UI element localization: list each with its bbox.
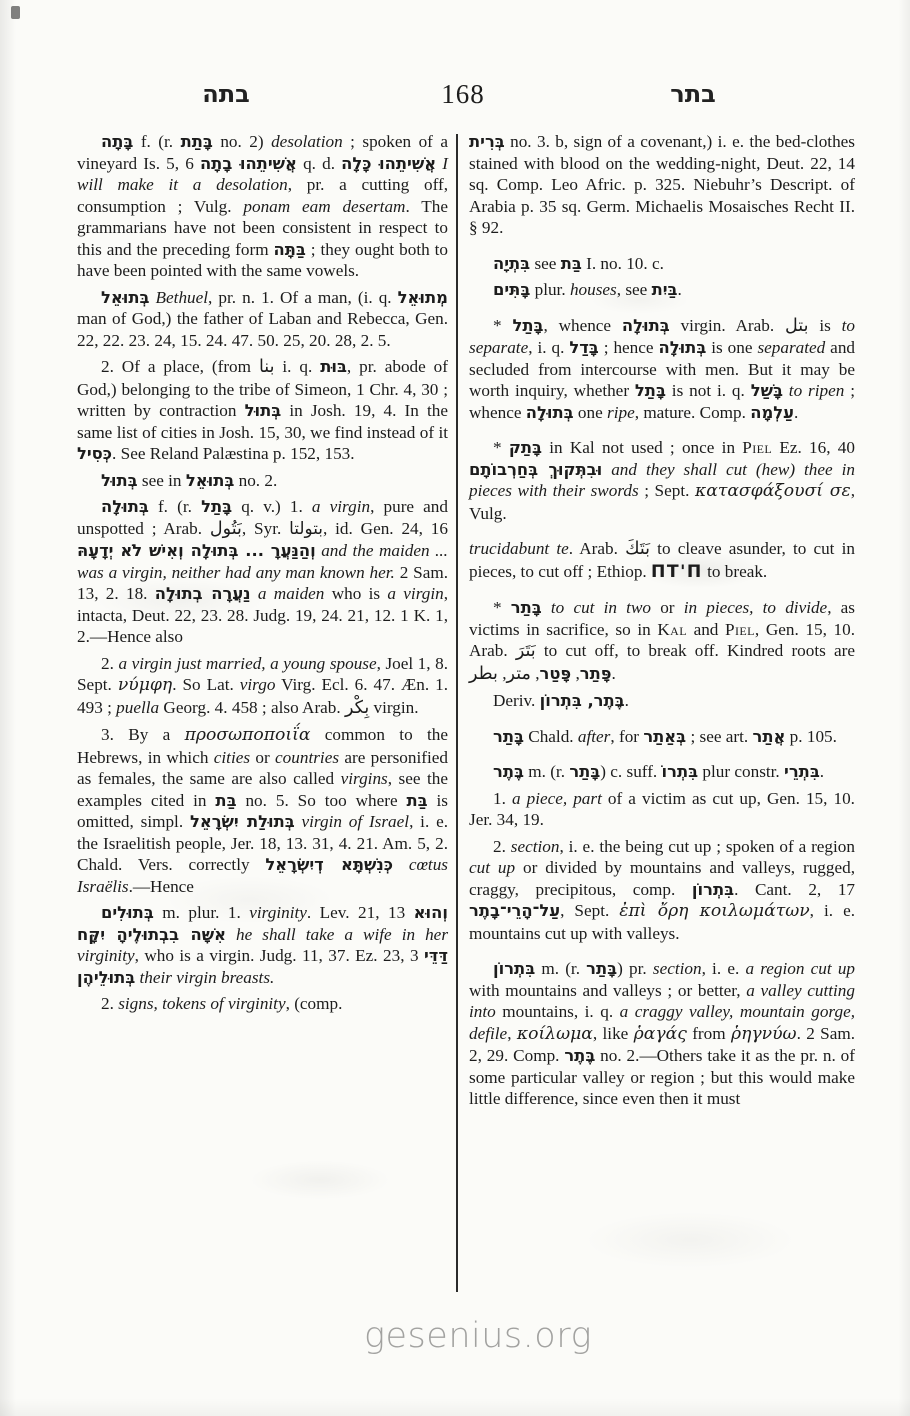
text-segment-r: or	[250, 748, 275, 767]
text-segment-i: in pieces, to divide	[684, 598, 828, 617]
text-segment-r: .—Hence	[129, 877, 194, 896]
text-segment-r: 2. Of a place, (from	[101, 357, 259, 376]
text-segment-sc: Piel	[725, 620, 755, 639]
text-segment-r: 2.	[101, 994, 118, 1013]
text-segment-r: m. plur. 1.	[154, 903, 250, 922]
entry-bathal: * בָּתַל, whence בְּתוּלָה virgin. Arab.…	[469, 315, 855, 424]
text-segment-i: cities	[214, 748, 250, 767]
text-segment-h: בַּת	[407, 791, 428, 810]
text-segment-r: is one	[706, 338, 757, 357]
text-segment-r: ; see art.	[686, 727, 752, 746]
scanned-lexicon-page: בתה 168 בתר בָּתָה f. (r. בָּתַת no. 2) …	[0, 0, 910, 1416]
text-segment-i: houses	[570, 280, 617, 299]
text-segment-h: בִּתְרוֹן	[692, 880, 734, 899]
text-segment-r: , pr. n. 1. Of a man, (i. q.	[208, 288, 398, 307]
text-segment-g: ῥαγάς	[634, 1024, 687, 1044]
text-segment-r: ,	[507, 1024, 517, 1043]
text-segment-h: בְּתוּלִים	[101, 903, 154, 922]
text-segment-h: בָּתַק	[509, 438, 542, 457]
text-segment-r: , for	[610, 727, 643, 746]
text-segment-h: בַּיִת	[652, 280, 678, 299]
column-divider	[456, 134, 458, 1292]
text-segment-r: ,	[498, 664, 507, 683]
text-segment-a: بطر	[469, 664, 498, 684]
text-segment-r: 2.	[101, 654, 118, 673]
text-segment-h: בְּתוּאֵל	[186, 471, 234, 490]
text-segment-r: no. 2.	[234, 471, 277, 490]
text-segment-i: virgin of Israel	[295, 812, 409, 831]
text-segment-r: mountains, i. q.	[496, 1002, 620, 1021]
text-segment-r: , who is a virgin. Judg. 11, 37. Ez. 23,…	[135, 946, 424, 965]
watermark: gesenius.org	[364, 1316, 592, 1356]
text-segment-i: signs, tokens of virginity	[118, 994, 285, 1013]
text-segment-h: בֶּתֶר, בִּתְרוֹן	[540, 691, 625, 710]
text-segment-r: , mature. Comp.	[635, 403, 751, 422]
text-segment-r: plur.	[530, 280, 570, 299]
text-segment-g: νύμφη	[118, 675, 172, 695]
text-segment-r: ) c. suff.	[600, 762, 661, 781]
text-segment-r: ; hence	[599, 338, 659, 357]
text-segment-i: their virgin breasts.	[135, 968, 274, 987]
text-segment-h: אֲתַר	[753, 727, 786, 746]
entry-bethuel-2: 2. Of a place, (from بنا i. q. בּוּת, pr…	[77, 356, 448, 465]
text-segment-i: a piece, part	[512, 789, 602, 808]
text-segment-r: who is	[324, 584, 387, 603]
text-segment-r: ; Sept.	[639, 481, 695, 500]
text-segment-r: in Kal not used ; once in	[542, 438, 742, 457]
text-segment-r: .	[820, 762, 824, 781]
text-segment-i: countries	[275, 748, 339, 767]
text-segment-r: q. d.	[297, 154, 341, 173]
text-segment-i: separated	[757, 338, 825, 357]
text-segment-r: is not i. q.	[666, 381, 751, 400]
text-segment-a: بَتَرَ	[516, 641, 536, 661]
text-segment-r: , (comp.	[286, 994, 343, 1013]
column-right: בְּרִית no. 3. b, sign of a covenant,) i…	[469, 131, 855, 1115]
page-number: 168	[403, 79, 523, 110]
text-segment-r: Deriv.	[493, 691, 540, 710]
entry-bathah: בָּתָה f. (r. בָּתַת no. 2) desolation ;…	[77, 131, 448, 282]
text-segment-h: בָּתַל	[635, 381, 666, 400]
text-segment-r: *	[493, 598, 511, 617]
text-segment-r: . Arab.	[569, 539, 625, 558]
text-segment-i: section	[511, 837, 560, 856]
text-segment-s: بتولتا	[289, 518, 323, 538]
text-segment-r: , i. e.	[702, 959, 746, 978]
text-segment-h: בָּשַׁל	[751, 381, 783, 400]
text-segment-g: κοίλωμα	[517, 1024, 593, 1044]
text-segment-a: بتل	[785, 316, 808, 336]
text-segment-h: בָּתַר	[511, 598, 542, 617]
text-segment-h: בָּתָה	[101, 132, 133, 151]
text-segment-r: to cut off, to break off. Kindred roots …	[536, 641, 855, 660]
text-segment-r: . So Lat.	[172, 675, 240, 694]
entry-battim: בָּתִּים plur. houses, see בַּיִת.	[469, 279, 855, 301]
text-segment-h: בְּרִית	[469, 132, 505, 151]
text-segment-a: بَتُول	[210, 519, 242, 539]
text-segment-a: بنا	[259, 357, 275, 377]
text-segment-sc: Kal	[657, 620, 687, 639]
text-segment-a: بَتَكَ	[625, 539, 650, 559]
catchword-left: בתה	[166, 80, 286, 108]
text-segment-h: בְּתוּאֵל	[101, 288, 149, 307]
text-segment-r: plur constr.	[698, 762, 784, 781]
entry-bithron: בִּתְרוֹן m. (r. בָּתַר) pr. section, i.…	[469, 958, 855, 1110]
text-segment-r: 1.	[493, 789, 512, 808]
text-segment-h: בּוּת	[320, 357, 347, 376]
text-segment-i: after	[578, 727, 610, 746]
text-segment-i: a maiden	[251, 584, 325, 603]
text-segment-i: desolation	[271, 132, 343, 151]
text-segment-h: בְּאַתַר	[643, 727, 686, 746]
text-segment-h: בְּתוּלַת יִשְׂרָאֵל	[190, 812, 295, 831]
text-segment-r: f. (r.	[149, 497, 201, 516]
text-segment-h: בָּדַל	[569, 338, 598, 357]
text-segment-h: עַלְמָה	[750, 403, 794, 422]
text-segment-h: נַעֲרָה בְתוּלָה	[155, 584, 251, 603]
text-segment-g: ἐπὶ ὄρη κοιλωμάτων	[619, 901, 809, 921]
text-segment-r: . Cant. 2, 17	[734, 880, 855, 899]
text-segment-r: 3. By a	[101, 725, 185, 744]
text-segment-r: see	[530, 254, 561, 273]
text-segment-h: בָּתַל	[201, 497, 232, 516]
text-segment-i: to cut in two	[542, 598, 651, 617]
entry-bethulim-cont: בְּרִית no. 3. b, sign of a covenant,) i…	[469, 131, 855, 239]
text-segment-h: פָּתַר	[580, 664, 612, 683]
text-segment-r: no. 2)	[213, 132, 271, 151]
text-segment-r: one	[574, 403, 607, 422]
text-segment-r: no. 5. So too where	[237, 791, 407, 810]
text-segment-r: Chald.	[524, 727, 578, 746]
text-segment-r: from	[687, 1024, 731, 1043]
text-segment-i: a virgin	[387, 584, 443, 603]
text-segment-h: בַּתָּה	[274, 240, 306, 259]
text-segment-i: ponam eam desertam	[243, 197, 405, 216]
text-segment-h: בִּתְרוֹ	[662, 762, 699, 781]
text-segment-g: κατασφάξουσί σε	[695, 481, 851, 501]
text-segment-r: ,	[571, 664, 580, 683]
text-segment-h: כְּנִשְׁתָּא דְיִשְׂרָאֵל	[265, 855, 393, 874]
text-segment-r: , Syr.	[242, 519, 289, 538]
entry-bethulah-3: 3. By a προσωποποιΐα common to the Hebre…	[77, 724, 448, 897]
text-segment-h: בָּתַר	[493, 727, 524, 746]
text-segment-r: .	[611, 664, 615, 683]
entry-bethul-ref: בְּתוּל see in בְּתוּאֵל no. 2.	[77, 470, 448, 492]
entry-bethulah-1: בְּתוּלָה f. (r. בָּתַל q. v.) 1. a virg…	[77, 496, 448, 648]
text-segment-g: προσωποποιΐα	[185, 725, 311, 745]
text-segment-h: אֲשִׁיתֵהוּ כָּלָה	[341, 154, 436, 173]
text-segment-i: virgo	[240, 675, 276, 694]
text-segment-r: m. (r.	[535, 959, 586, 978]
text-segment-a: بِكْر	[345, 698, 369, 718]
text-segment-r: , id. Gen. 24, 16	[323, 519, 448, 538]
text-segment-r: I. no. 10. c.	[582, 254, 664, 273]
text-segment-h: וְהַנַּעֲרָ ... בְּתוּלָה וְאִישׁ לֹא יְ…	[77, 541, 316, 560]
text-segment-g: ῥηγνύω	[731, 1024, 797, 1044]
text-segment-h: בָּתַל	[512, 316, 543, 335]
text-segment-i: to ripen	[783, 381, 844, 400]
text-segment-h: בִּתְרוֹן	[493, 959, 535, 978]
text-segment-i: a virgin just married, a young spouse	[118, 654, 376, 673]
text-segment-r: . See Reland Palæstina p. 152, 153.	[112, 444, 355, 463]
text-segment-r: . Lev. 21, 13	[307, 903, 414, 922]
text-segment-r: no. 3. b, sign of a covenant,) i. e. the…	[469, 132, 855, 237]
text-segment-r: f. (r.	[133, 132, 180, 151]
text-segment-r: 2.	[493, 837, 511, 856]
text-segment-h: בְּתוּל	[245, 401, 282, 420]
text-segment-r: .	[625, 691, 629, 710]
text-segment-r: Ez. 16, 40	[772, 438, 855, 457]
text-segment-r: *	[493, 438, 509, 457]
column-left: בָּתָה f. (r. בָּתַת no. 2) desolation ;…	[77, 131, 448, 1020]
text-segment-r: p. 105.	[785, 727, 837, 746]
text-segment-h: כְּסִיל	[77, 444, 112, 463]
text-segment-r: , see	[617, 280, 652, 299]
text-segment-r: .	[678, 280, 682, 299]
text-segment-r: Georg. 4. 458 ; also Arab.	[159, 698, 345, 717]
text-segment-r: q. v.) 1.	[232, 497, 312, 516]
entry-bathaq: * בָּתַק in Kal not used ; once in Piel …	[469, 437, 855, 524]
entry-bether-1: 1. a piece, part of a victim as cut up, …	[469, 788, 855, 831]
text-segment-r: man of God,) the father of Laban and Reb…	[77, 309, 448, 350]
text-segment-r: *	[493, 316, 512, 335]
catchword-right: בתר	[633, 80, 753, 108]
text-segment-h: בִּתְיָה	[493, 254, 530, 273]
entry-bathar-chald: בָּתַר Chald. after, for בְּאַתַר ; see …	[469, 726, 855, 748]
text-segment-r: ) pr.	[617, 959, 653, 978]
entry-bether-2: 2. section, i. e. the being cut up ; spo…	[469, 836, 855, 945]
entry-bithyah: בִּתְיָה see בַּת I. no. 10. c.	[469, 253, 855, 275]
text-segment-h: בְּתוּל	[101, 471, 138, 490]
text-segment-r: , whence	[543, 316, 621, 335]
text-segment-h: בָּתַת	[181, 132, 213, 151]
text-segment-r: virgin.	[369, 698, 418, 717]
entry-bathar-verb: * בָּתַר to cut in two or in pieces, to …	[469, 597, 855, 685]
text-segment-h: בֶּתֶר	[493, 762, 524, 781]
text-segment-r: with mountains and valleys ; or better,	[469, 981, 746, 1000]
text-segment-h: בִּתְרֵי	[784, 762, 820, 781]
text-segment-h: פָּטַר	[539, 664, 571, 683]
text-segment-h: בָּתִּים	[493, 280, 530, 299]
text-segment-i: Bethuel	[149, 288, 208, 307]
text-segment-i: a region cut up	[745, 959, 855, 978]
scan-speck	[11, 6, 20, 19]
text-segment-r: m. (r.	[524, 762, 569, 781]
text-segment-r: , like	[593, 1024, 634, 1043]
text-segment-h: מְתוּאֵל	[398, 288, 448, 307]
text-segment-r: , Sept.	[560, 901, 619, 920]
entry-bethulah-2: 2. a virgin just married, a young spouse…	[77, 653, 448, 720]
text-segment-a: متر	[507, 664, 531, 684]
text-segment-e: ΠΤ'Π	[651, 562, 703, 582]
text-segment-h: בְּתוּלָה	[622, 316, 670, 335]
entry-bethulim-1: בְּתוּלִים m. plur. 1. virginity. Lev. 2…	[77, 902, 448, 988]
entry-bethuel-1: בְּתוּאֵל Bethuel, pr. n. 1. Of a man, (…	[77, 287, 448, 352]
text-segment-h: בָּתַר	[586, 959, 617, 978]
text-segment-h: עַל־הָרֵי־בָתֶר	[469, 901, 560, 920]
text-segment-i: puella	[116, 698, 159, 717]
text-segment-h: בְּתוּלָה	[658, 338, 706, 357]
text-segment-i: virgins	[341, 769, 388, 788]
text-segment-r: see in	[138, 471, 186, 490]
text-segment-r: , i. e. the being cut up ; spoken of a r…	[559, 837, 855, 856]
text-segment-h: וּבִתְּקוּךְ בְּחַרְבוֹתָם	[469, 460, 602, 479]
text-segment-r: or	[651, 598, 684, 617]
text-segment-r: .	[794, 403, 798, 422]
text-segment-i: ripe	[607, 403, 635, 422]
entry-bethulim-2: 2. signs, tokens of virginity, (comp.	[77, 993, 448, 1015]
entry-bathar-deriv: Deriv. בֶּתֶר, בִּתְרוֹן.	[469, 690, 855, 712]
entry-bathaq-cont: trucidabunt te. Arab. بَتَكَ to cleave a…	[469, 538, 855, 583]
entry-bether: בֶּתֶר m. (r. בָּתַר) c. suff. בִּתְרוֹ …	[469, 761, 855, 783]
text-segment-r: , i. q.	[528, 338, 569, 357]
text-segment-r: and	[687, 620, 725, 639]
text-segment-i: virginity	[249, 903, 307, 922]
text-segment-h: בָּתַר	[569, 762, 600, 781]
text-segment-r: is	[808, 316, 841, 335]
text-segment-h: בַּת	[215, 791, 236, 810]
text-segment-i: cut up	[469, 858, 515, 877]
text-segment-i: section	[653, 959, 702, 978]
text-segment-r: to break.	[703, 562, 767, 581]
text-segment-r: virgin. Arab.	[670, 316, 785, 335]
text-segment-h: בְּתוּלָה	[101, 497, 149, 516]
text-segment-h: בַּת	[561, 254, 582, 273]
text-segment-i: trucidabunt te	[469, 539, 569, 558]
text-segment-h: בְּתוּלָה	[526, 403, 574, 422]
text-segment-r: i. q.	[274, 357, 320, 376]
text-segment-i: a virgin	[312, 497, 370, 516]
text-segment-h: בֶּתֶר	[564, 1046, 595, 1065]
text-segment-sc: Piel	[742, 438, 772, 457]
text-segment-h: אֲשִׁיתֵהוּ בָתָה	[200, 154, 297, 173]
